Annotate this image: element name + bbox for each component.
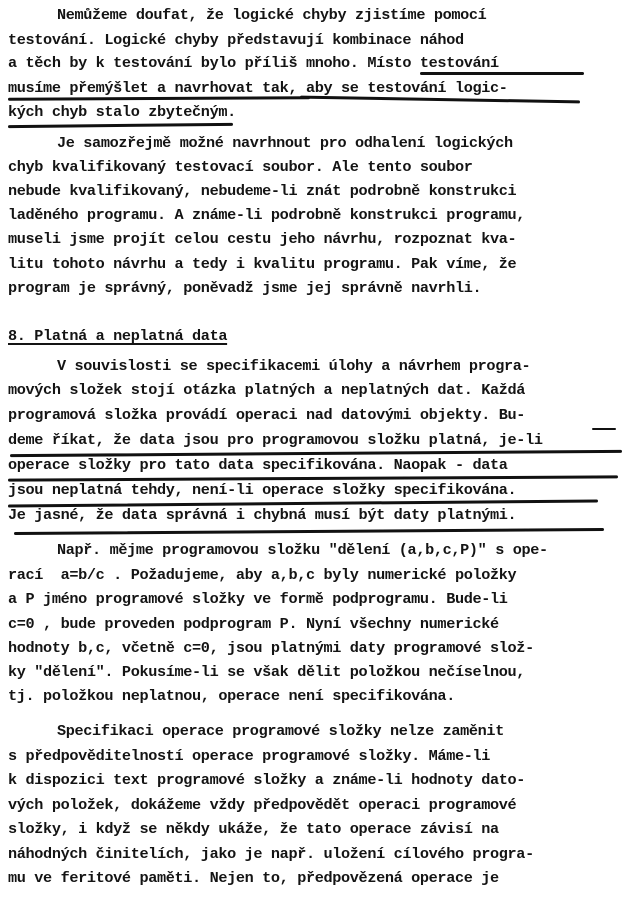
- p4-line-1: Např. mějme programovou složku "dělení (…: [57, 539, 548, 561]
- p5-line-6: náhodných činitelích, jako je např. ulož…: [8, 843, 534, 865]
- p4-line-7: tj. položkou neplatnou, operace není spe…: [8, 685, 455, 707]
- p2-line-5: museli jsme projít celou cestu jeho návr…: [8, 228, 516, 250]
- handwritten-underline: [8, 123, 233, 128]
- p4-line-2: rací a=b/c . Požadujeme, aby a,b,c byly …: [8, 564, 516, 586]
- p2-line-7: program je správný, poněvadž jsme jej sp…: [8, 277, 481, 299]
- p2-line-2: chyb kvalifikovaný testovací soubor. Ale…: [8, 156, 473, 178]
- p2-line-3: nebude kvalifikovaný, nebudeme-li znát p…: [8, 180, 516, 202]
- p3-line-2: mových složek stojí otázka platných a ne…: [8, 379, 525, 401]
- p5-line-7: mu ve feritové paměti. Nejen to, předpov…: [8, 867, 499, 889]
- handwritten-underline: [592, 428, 616, 430]
- p5-line-1: Specifikaci operace programové složky ne…: [57, 720, 504, 742]
- p4-line-5: hodnoty b,c, včetně c=0, jsou platnými d…: [8, 637, 534, 659]
- section-heading: 8. Platná a neplatná data: [8, 325, 227, 347]
- p3-line-6: jsou neplatná tehdy, není-li operace slo…: [8, 479, 516, 501]
- p4-line-4: c=0 , bude proveden podprogram P. Nyní v…: [8, 613, 499, 635]
- p1-line-3: a těch by k testování bylo příliš mnoho.…: [8, 52, 499, 74]
- p2-line-6: litu tohoto návrhu a tedy i kvalitu prog…: [8, 253, 516, 275]
- p3-line-1: V souvislosti se specifikacemi úlohy a n…: [57, 355, 530, 377]
- handwritten-underline: [420, 72, 584, 75]
- p2-line-4: laděného programu. A známe-li podrobně k…: [8, 204, 525, 226]
- p5-line-3: k dispozici text programové složky a zná…: [8, 769, 525, 791]
- p3-line-7: Je jasné, že data správná i chybná musí …: [8, 504, 516, 526]
- p3-line-5: operace složky pro tato data specifiková…: [8, 454, 508, 476]
- p1-line-2: testování. Logické chyby představují kom…: [8, 29, 464, 51]
- p3-line-4: deme říkat, že data jsou pro programovou…: [8, 429, 543, 451]
- typewritten-page: Nemůžeme doufat, že logické chyby zjistí…: [0, 0, 635, 901]
- p4-line-6: ky "dělení". Pokusíme-li se však dělit p…: [8, 661, 525, 683]
- p3-line-3: programová složka provádí operaci nad da…: [8, 404, 525, 426]
- p2-line-1: Je samozřejmě možné navrhnout pro odhale…: [57, 132, 513, 154]
- p1-line-5: kých chyb stalo zbytečným.: [8, 101, 236, 123]
- p5-line-4: vých položek, dokážeme vždy předpovědět …: [8, 794, 516, 816]
- handwritten-underline: [14, 528, 604, 535]
- p5-line-2: s předpověditelností operace programové …: [8, 745, 490, 767]
- p4-line-3: a P jméno programové složky ve formě pod…: [8, 588, 508, 610]
- p1-line-1: Nemůžeme doufat, že logické chyby zjistí…: [57, 4, 486, 26]
- p5-line-5: složky, i když se někdy ukáže, že tato o…: [8, 818, 499, 840]
